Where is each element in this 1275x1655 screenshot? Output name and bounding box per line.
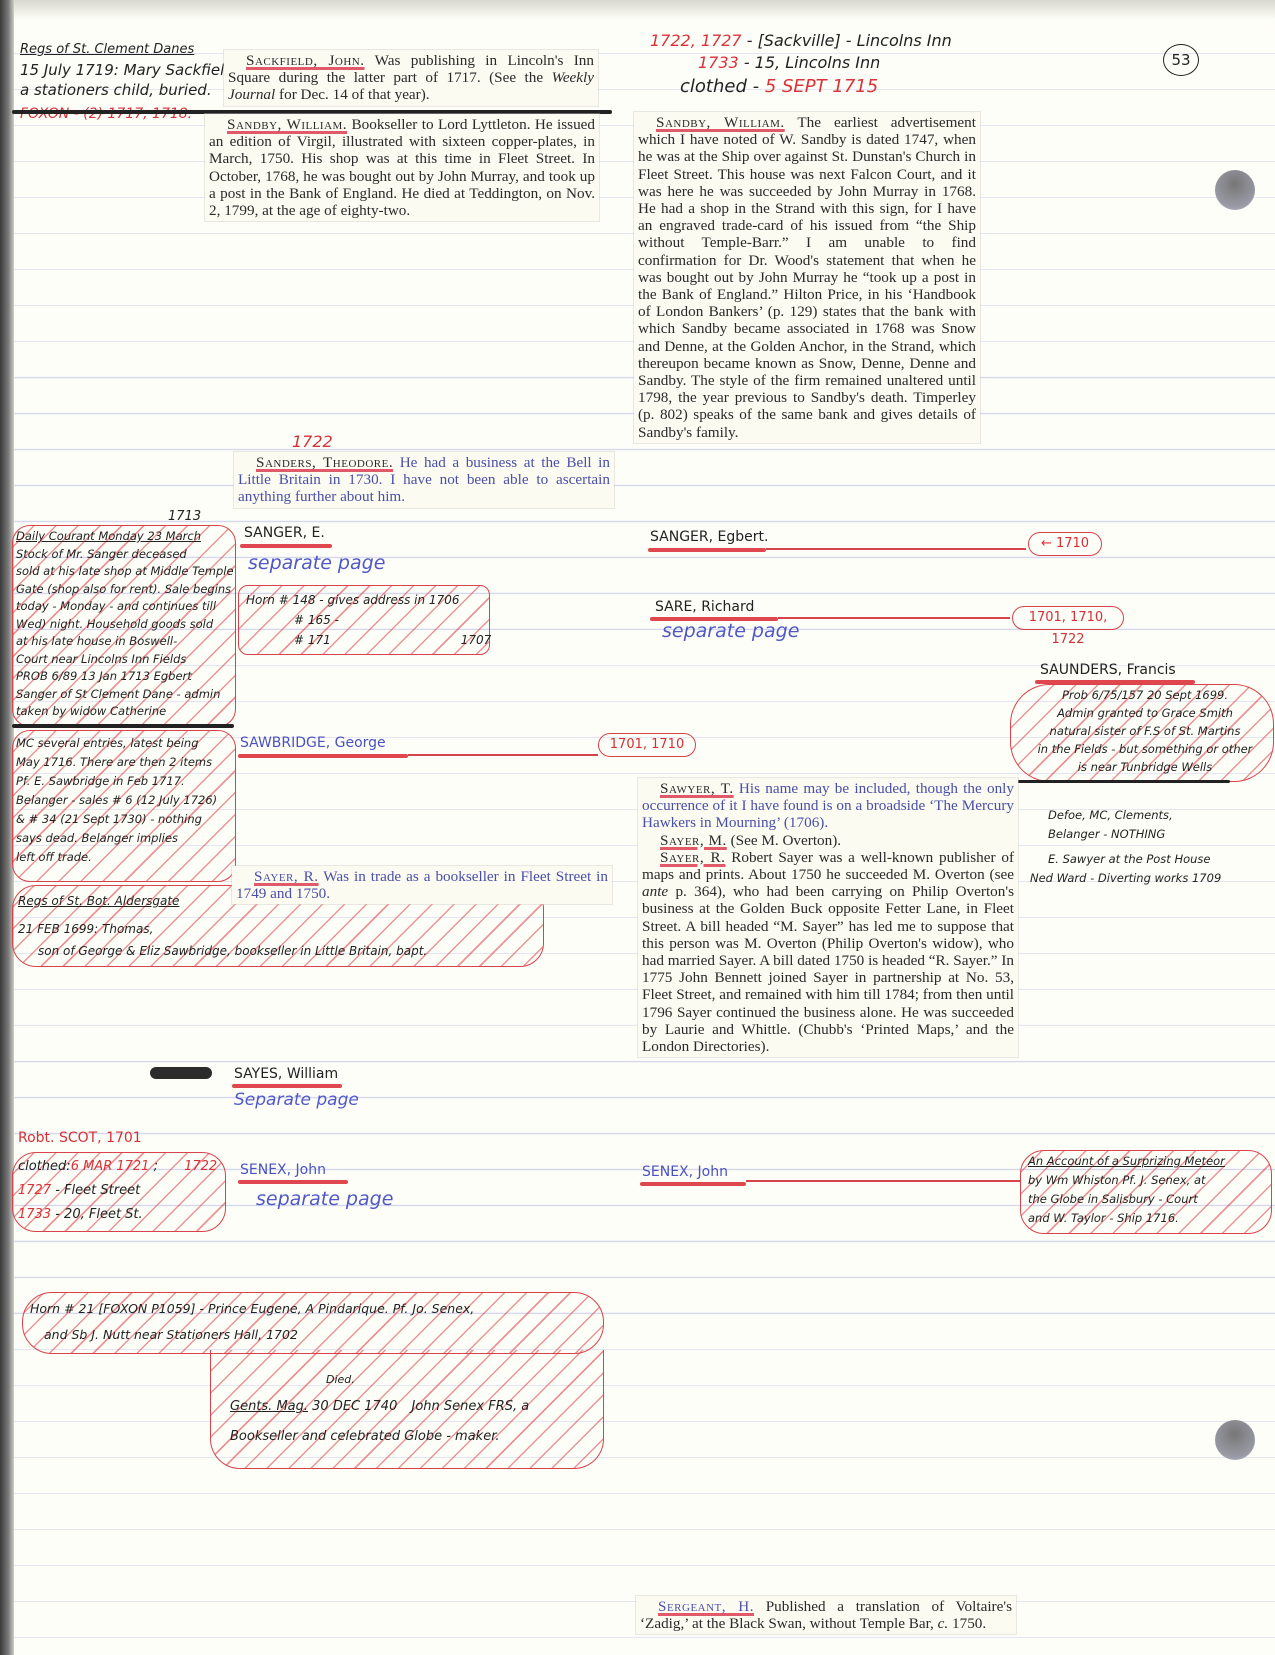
entry-italic: ante bbox=[642, 883, 668, 900]
entry-senex-name: SENEX, John bbox=[240, 1160, 326, 1180]
note-line: Wed) night. Household goods sold bbox=[16, 616, 234, 634]
senex-horn-notes: Horn # 21 [FOXON P1059] - Prince Eugene,… bbox=[30, 1296, 474, 1348]
note-line: is near Tunbridge Wells bbox=[1020, 758, 1270, 776]
sanger-e-separate-page: separate page bbox=[248, 552, 385, 574]
highlight-bar bbox=[238, 1180, 348, 1184]
note-line: left off trade. bbox=[16, 848, 217, 867]
clipping-sayer-left: Sayer, R. Was in trade as a bookseller i… bbox=[232, 866, 612, 904]
note-line: natural sister of F.S of St. Martins bbox=[1020, 722, 1270, 740]
connector-line bbox=[408, 754, 598, 756]
note-text: clothed - bbox=[680, 76, 759, 97]
sawbridge-years: 1701, 1710 bbox=[598, 733, 696, 757]
note-red-year: 1733 bbox=[18, 1207, 51, 1222]
note-red-year: 1727 bbox=[18, 1183, 51, 1198]
note-line: E. Sawyer at the Post House bbox=[1048, 850, 1221, 869]
note-line: 15 July 1719: Mary Sackfield, bbox=[20, 60, 239, 80]
note-line: Daily Courant Monday 23 March bbox=[16, 528, 234, 546]
note-line: the Globe in Salisbury - Court bbox=[1028, 1190, 1225, 1209]
page-number: 53 bbox=[1163, 44, 1199, 76]
sawyer-notes: Defoe, MC, Clements, Belanger - NOTHING … bbox=[1048, 806, 1221, 888]
entry-name: Sackfield, John. bbox=[246, 52, 365, 69]
entry-body: (See M. Overton). bbox=[731, 832, 842, 849]
entry-italic: c. bbox=[938, 1615, 949, 1632]
note-line: # 165 - bbox=[246, 610, 491, 630]
note-date: 30 DEC 1740 bbox=[312, 1399, 397, 1414]
note-heading: Regs of St. Clement Danes bbox=[20, 40, 239, 60]
saunders-notes: Prob 6/75/157 20 Sept 1699. Admin grante… bbox=[1020, 686, 1270, 776]
binder-hole-top bbox=[1215, 170, 1255, 210]
entry-name: Sawyer, T. bbox=[660, 780, 734, 797]
entry-saunders-name: SAUNDERS, Francis bbox=[1040, 660, 1176, 680]
note-line: Sanger of St Clement Dane - admin bbox=[16, 686, 234, 704]
connector-line bbox=[778, 617, 1010, 619]
divider-bar bbox=[1010, 780, 1230, 783]
note-line: taken by widow Catherine bbox=[16, 703, 234, 721]
daily-courant-year: 1713 bbox=[168, 507, 201, 527]
note-red-year: 1733 bbox=[698, 53, 739, 72]
note-line: Ned Ward - Diverting works 1709 bbox=[1030, 869, 1221, 888]
senex-clothed-notes: clothed:6 MAR 1721 ; 1722 1727 - Fleet S… bbox=[18, 1155, 217, 1227]
connector-line bbox=[766, 548, 1026, 550]
clipping-sergeant: Sergeant, H. Published a translation of … bbox=[636, 1596, 1016, 1634]
note-line: by Wm Whiston Pf. J. Senex, at bbox=[1028, 1171, 1225, 1190]
note-line: Gate (shop also for rent). Sale begins bbox=[16, 581, 234, 599]
entry-sanger-egbert-name: SANGER, Egbert. bbox=[650, 527, 768, 547]
note-sackville-lincolns-inn: 1722, 1727 - [Sackville] - Lincolns Inn … bbox=[650, 30, 952, 98]
note-line: Admin granted to Grace Smith bbox=[1020, 704, 1270, 722]
divider-bar bbox=[12, 724, 234, 728]
entry-name: Sayer, R. bbox=[254, 868, 319, 885]
note-text: - [Sackville] - Lincolns Inn bbox=[747, 31, 952, 50]
note-year: 1707 bbox=[461, 633, 492, 647]
note-line: Horn # 21 [FOXON P1059] - Prince Eugene,… bbox=[30, 1296, 474, 1322]
note-line: Bookseller and celebrated Globe - maker. bbox=[230, 1422, 529, 1452]
highlight-bar bbox=[238, 754, 408, 758]
entry-sayes-name: SAYES, William bbox=[234, 1064, 338, 1084]
note-label: clothed: bbox=[18, 1159, 71, 1174]
note-line: son of George & Eliz Sawbridge, booksell… bbox=[18, 940, 427, 962]
clipping-sawyer: Sawyer, T. His name may be included, tho… bbox=[638, 778, 1018, 1057]
note-red-date: 5 SEPT 1715 bbox=[765, 76, 878, 97]
note-line: at his late house in Boswell- bbox=[16, 633, 234, 651]
highlight-bar bbox=[240, 544, 332, 548]
entry-name: Sergeant, H. bbox=[658, 1598, 754, 1615]
note-line: Defoe, MC, Clements, bbox=[1048, 806, 1221, 825]
note-line: An Account of a Surprizing Meteor bbox=[1028, 1152, 1225, 1171]
entry-body-tail: 1750. bbox=[952, 1615, 986, 1632]
clipping-sackfield: Sackfield, John. Was publishing in Linco… bbox=[224, 50, 598, 106]
note-line: a stationers child, buried. bbox=[20, 80, 239, 100]
sanger-egbert-year: ← 1710 bbox=[1028, 532, 1102, 556]
note-line: # 171 bbox=[294, 633, 331, 647]
senex-died-notes: Gents. Mag. 30 DEC 1740 John Senex FRS, … bbox=[230, 1392, 529, 1452]
note-line: says dead. Belanger implies bbox=[16, 829, 217, 848]
entry-name: Sanders, Theodore. bbox=[256, 454, 393, 471]
note-text: - 20, Fleet St. bbox=[55, 1207, 142, 1222]
entry-name: Sandby, William. bbox=[227, 116, 347, 133]
daily-courant-notes: Daily Courant Monday 23 March Stock of M… bbox=[16, 528, 234, 721]
note-source: Gents. Mag. bbox=[230, 1399, 308, 1414]
entry-senex-right-name: SENEX, John bbox=[642, 1162, 728, 1182]
note-line: PROB 6/89 13 Jan 1713 Egbert bbox=[16, 668, 234, 686]
binder-hole-bottom bbox=[1215, 1420, 1255, 1460]
sare-separate-page: separate page bbox=[662, 620, 799, 642]
senex-meteor-notes: An Account of a Surprizing Meteor by Wm … bbox=[1028, 1152, 1225, 1228]
highlight-bar bbox=[640, 1182, 746, 1186]
entry-body: The earliest advertisement which I have … bbox=[638, 114, 976, 441]
note-text: - Fleet Street bbox=[55, 1183, 140, 1198]
note-line: in the Fields - but something or other bbox=[1020, 740, 1270, 758]
note-line: 21 FEB 1699: Thomas, bbox=[18, 918, 427, 940]
note-line: Belanger - sales # 6 (12 July 1726) bbox=[16, 791, 217, 810]
note-sanders-year: 1722 bbox=[292, 432, 333, 452]
note-line: Stock of Mr. Sanger deceased bbox=[16, 546, 234, 564]
notebook-page: 53 Regs of St. Clement Danes 15 July 171… bbox=[0, 0, 1275, 1655]
sanger-horn-notes: Horn # 148 - gives address in 1706 # 165… bbox=[246, 590, 491, 650]
entry-name: Sandby, William. bbox=[656, 114, 785, 131]
note-red-date: 6 MAR 1721 bbox=[71, 1159, 150, 1174]
note-text: - 15, Lincolns Inn bbox=[744, 53, 880, 72]
clipping-sandby-left: Sandby, William. Bookseller to Lord Lytt… bbox=[205, 114, 599, 221]
note-text: John Senex FRS, a bbox=[412, 1399, 530, 1414]
clipping-sandby-right: Sandby, William. The earliest advertisem… bbox=[634, 112, 980, 443]
highlight-bar bbox=[648, 548, 766, 552]
note-line: Prob 6/75/157 20 Sept 1699. bbox=[1020, 686, 1270, 704]
note-line: sold at his late shop at Middle Temple bbox=[16, 563, 234, 581]
sayes-separate-page: Separate page bbox=[234, 1090, 359, 1110]
note-line: MC several entries, latest being bbox=[16, 734, 217, 753]
entry-body-tail: for Dec. 14 of that year). bbox=[279, 86, 430, 103]
note-line: today - Monday - and continues till bbox=[16, 598, 234, 616]
sare-years: 1701, 1710, 1722 bbox=[1012, 606, 1124, 630]
entry-sare-name: SARE, Richard bbox=[655, 597, 754, 617]
entry-name: Sayer, R. bbox=[660, 849, 725, 866]
senex-scot-note: Robt. SCOT, 1701 bbox=[18, 1128, 142, 1148]
note-red-year: 1722 bbox=[184, 1159, 217, 1174]
clipping-sanders: Sanders, Theodore. He had a business at … bbox=[234, 452, 614, 508]
connector-line bbox=[746, 1180, 1020, 1182]
highlight-bar bbox=[232, 1084, 342, 1088]
senex-died-label: Died. bbox=[326, 1374, 355, 1386]
note-line: Pf. E. Sawbridge in Feb 1717. bbox=[16, 772, 217, 791]
page-top-edge bbox=[0, 0, 1275, 20]
note-line: Court near Lincolns Inn Fields bbox=[16, 651, 234, 669]
note-red-years: 1722, 1727 bbox=[650, 31, 742, 50]
note-line: Belanger - NOTHING bbox=[1048, 825, 1221, 844]
note-line: and Sb J. Nutt near Stationers Hall, 170… bbox=[30, 1322, 474, 1348]
entry-sawbridge-name: SAWBRIDGE, George bbox=[240, 733, 386, 753]
sawbridge-notes: MC several entries, latest being May 171… bbox=[16, 734, 217, 867]
note-line: May 1716. There are then 2 items bbox=[16, 753, 217, 772]
note-line: Horn # 148 - gives address in 1706 bbox=[246, 590, 491, 610]
entry-name: Sayer, M. bbox=[660, 832, 727, 849]
note-line: and W. Taylor - Ship 1716. bbox=[1028, 1209, 1225, 1228]
senex-separate-page: separate page bbox=[256, 1188, 393, 1210]
ink-smudge bbox=[150, 1067, 212, 1079]
note-line: & # 34 (21 Sept 1730) - nothing bbox=[16, 810, 217, 829]
entry-body-tail: p. 364), who had been carrying on Philip… bbox=[642, 883, 1014, 1055]
entry-sanger-e-name: SANGER, E. bbox=[244, 523, 325, 543]
